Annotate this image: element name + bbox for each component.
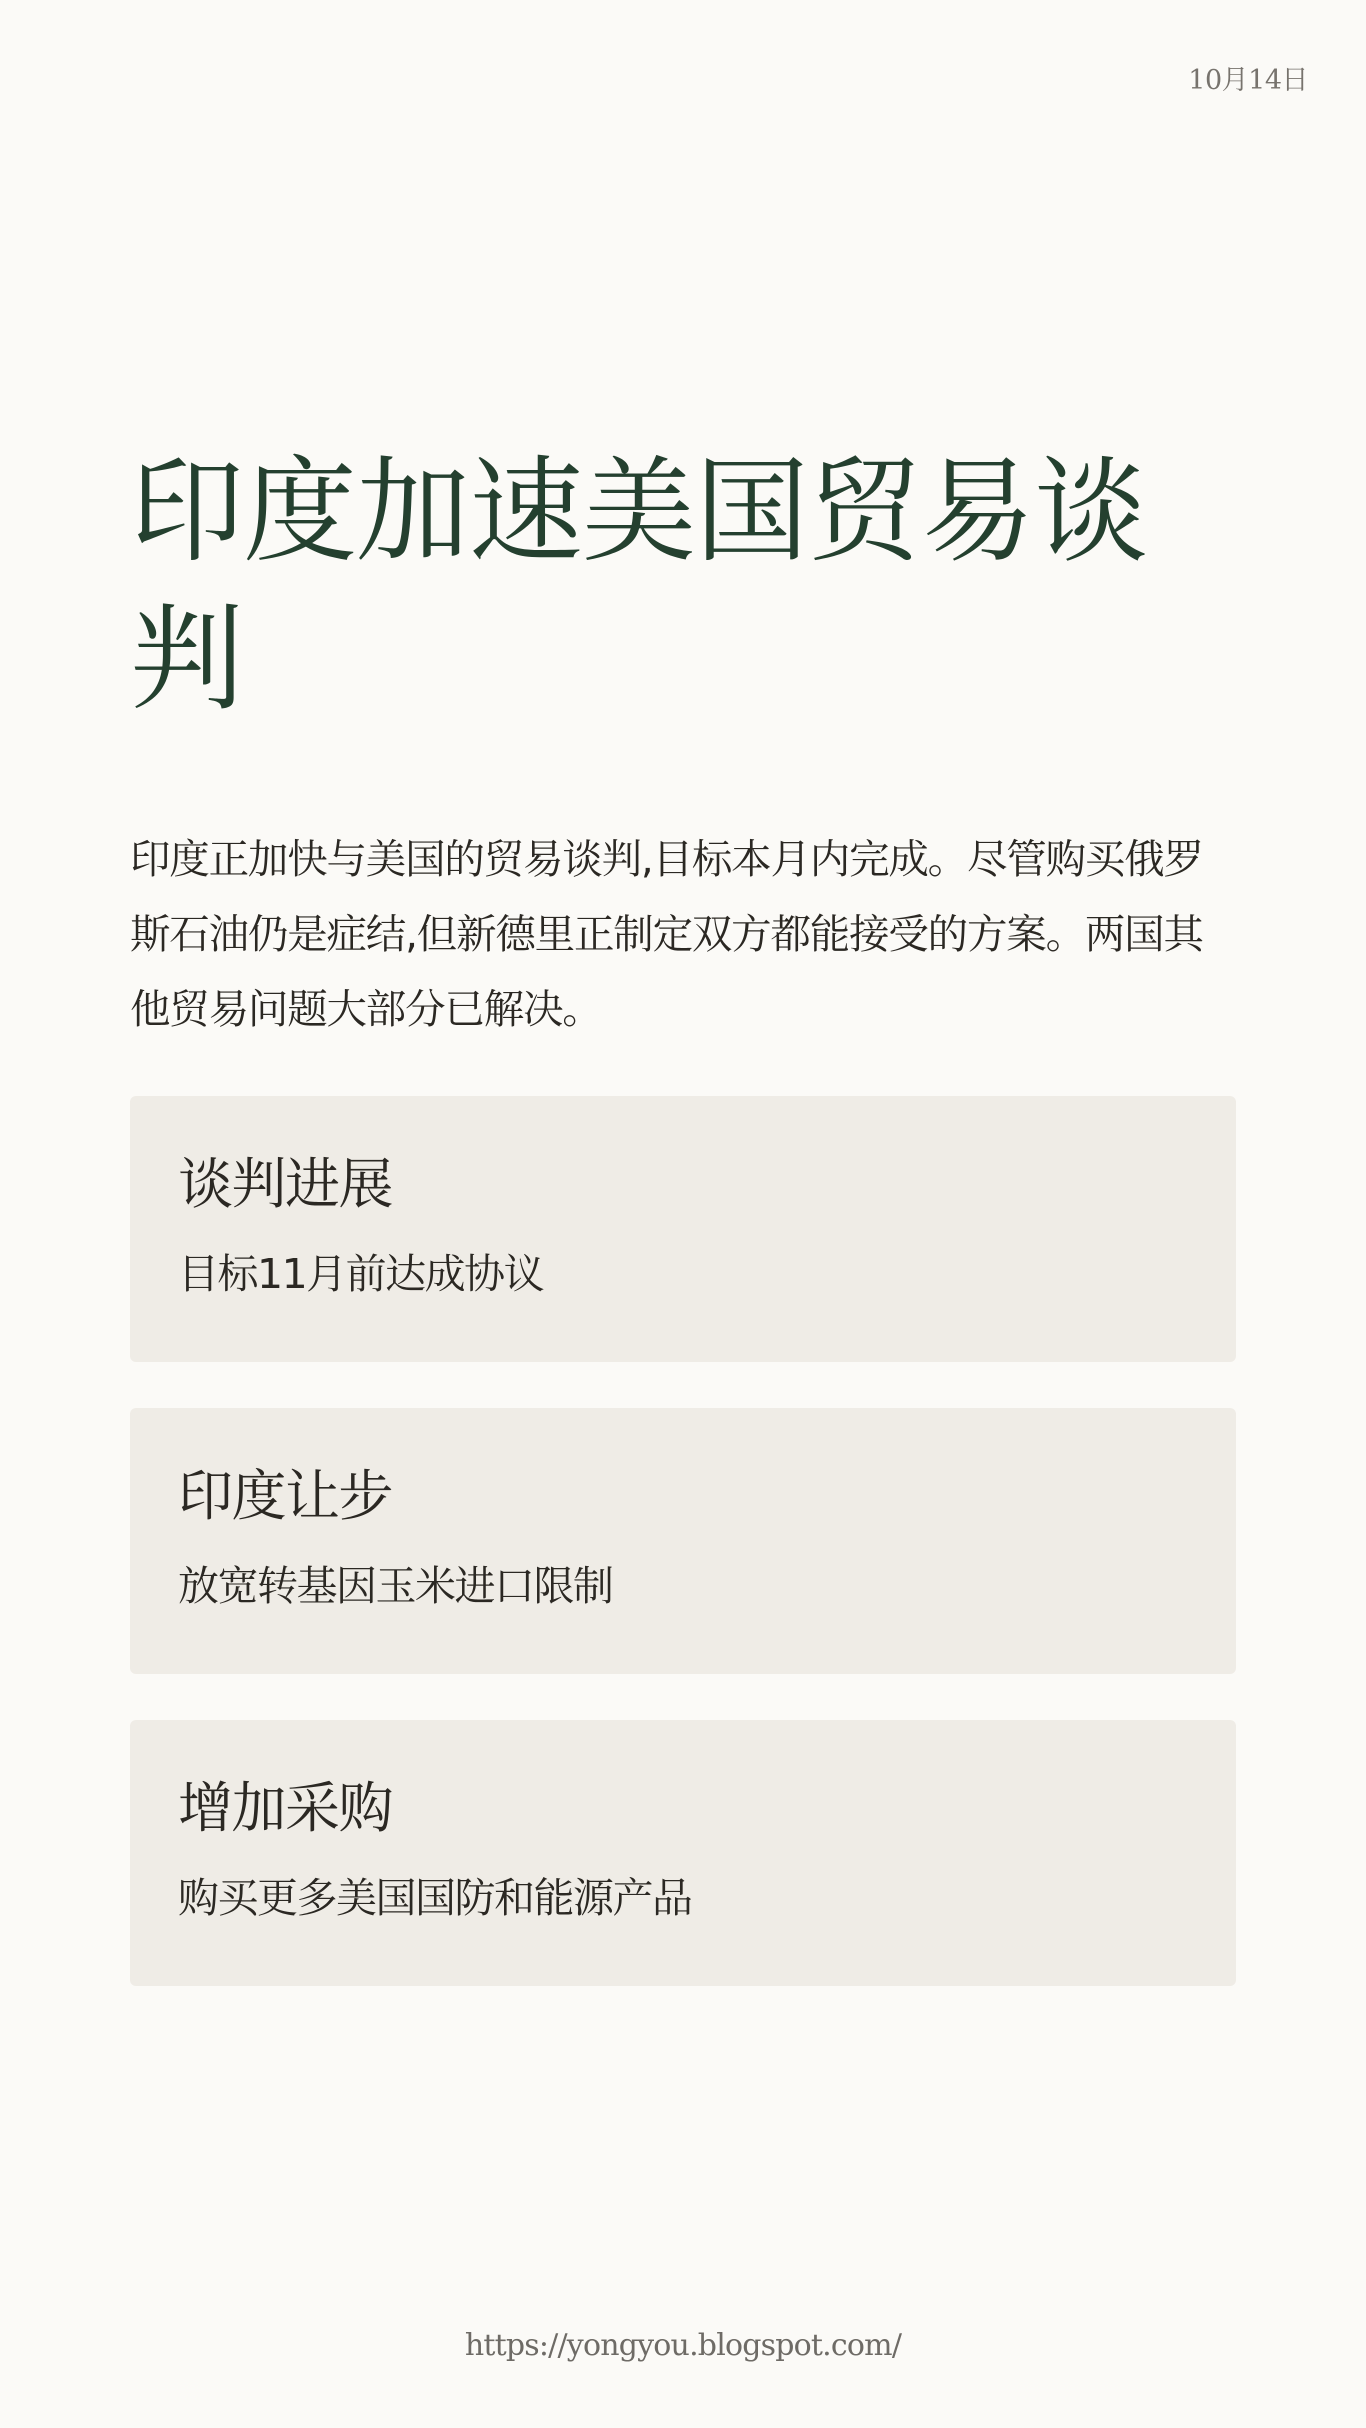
card-title: 增加采购 (178, 1768, 1188, 1848)
key-point-card-negotiation-progress: 谈判进展 目标11月前达成协议 (130, 1096, 1236, 1362)
card-text: 放宽转基因玉米进口限制 (178, 1556, 1188, 1616)
page-title: 印度加速美国贸易谈判 (130, 438, 1230, 734)
card-text: 目标11月前达成协议 (178, 1244, 1188, 1304)
date-label: 10月14日 (1188, 58, 1308, 97)
card-text: 购买更多美国国防和能源产品 (178, 1868, 1188, 1928)
article-summary: 印度正加快与美国的贸易谈判,目标本月内完成。尽管购买俄罗斯石油仍是症结,但新德里… (130, 822, 1240, 1047)
key-points-list: 谈判进展 目标11月前达成协议 印度让步 放宽转基因玉米进口限制 增加采购 购买… (130, 1096, 1236, 2032)
key-point-card-india-concessions: 印度让步 放宽转基因玉米进口限制 (130, 1408, 1236, 1674)
key-point-card-increased-purchases: 增加采购 购买更多美国国防和能源产品 (130, 1720, 1236, 1986)
card-title: 印度让步 (178, 1456, 1188, 1536)
footer-source-url: https://yongyou.blogspot.com/ (0, 2328, 1366, 2363)
card-title: 谈判进展 (178, 1144, 1188, 1224)
